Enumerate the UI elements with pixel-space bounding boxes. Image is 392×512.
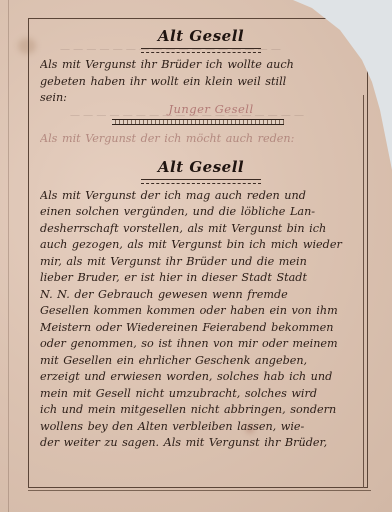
heading-underline	[141, 48, 261, 53]
text-line: mit Gesellen ein ehrlicher Geschenk ange…	[40, 353, 362, 370]
heading-underline	[141, 179, 261, 184]
text-line: Als mit Vergunst der ich möcht auch rede…	[40, 131, 294, 148]
text-line: desherrschaft vorstellen, als mit Vergun…	[40, 221, 362, 238]
dialogue-section: Junger Gesell Als mit Vergunst der ich m…	[40, 101, 362, 157]
text-line: der weiter zu sagen. Als mit Vergunst ih…	[40, 435, 362, 452]
page-border-inner-line	[363, 95, 364, 488]
text-line: oder genommen, so ist ihnen von mir oder…	[40, 336, 362, 353]
text-line: einen solchen vergünden, und die löblich…	[40, 204, 362, 221]
dialogue-text-red: Als mit Vergunst der ich möcht auch rede…	[40, 131, 294, 148]
dialogue-text: Als mit Vergunst der ich mag auch reden …	[40, 188, 362, 452]
page-fold-line	[8, 0, 9, 512]
text-line: gebeten haben ihr wollt ein klein weil s…	[40, 74, 362, 91]
dialogue-section: Alt Gesell Als mit Vergunst der ich mag …	[40, 157, 362, 452]
text-line: Gesellen kommen kommen oder haben ein vo…	[40, 303, 362, 320]
section-divider-rule	[112, 119, 284, 125]
text-line: Meistern oder Wiedereinen Feierabend bek…	[40, 320, 362, 337]
text-line: erzeigt und erwiesen worden, solches hab…	[40, 369, 362, 386]
speaker-heading-red: Junger Gesell	[60, 101, 362, 117]
text-line: lieber Bruder, er ist hier in dieser Sta…	[40, 270, 362, 287]
text-line: mein mit Gesell nicht umzubracht, solche…	[40, 386, 362, 403]
manuscript-page: — — — — — — — — — — — — — — — — — — — — …	[0, 0, 392, 512]
text-line: Als mit Vergunst der ich mag auch reden …	[40, 188, 362, 205]
speaker-heading: Alt Gesell	[40, 26, 362, 46]
text-line: auch gezogen, als mit Vergunst bin ich m…	[40, 237, 362, 254]
speaker-heading: Alt Gesell	[40, 157, 362, 177]
text-line: wollens bey den Alten verbleiben lassen,…	[40, 419, 362, 436]
text-line: mir, als mit Vergunst ihr Brüder und die…	[40, 254, 362, 271]
dialogue-text: Als mit Vergunst ihr Brüder ich wollte a…	[40, 57, 362, 107]
manuscript-content: Alt Gesell Als mit Vergunst ihr Brüder i…	[40, 26, 362, 452]
page-border-shadow-line	[28, 490, 371, 491]
text-line: Als mit Vergunst ihr Brüder ich wollte a…	[40, 57, 362, 74]
text-line: N. N. der Gebrauch gewesen wenn fremde	[40, 287, 362, 304]
text-line: ich und mein mitgesellen nicht abbringen…	[40, 402, 362, 419]
dialogue-section: Alt Gesell Als mit Vergunst ihr Brüder i…	[40, 26, 362, 107]
